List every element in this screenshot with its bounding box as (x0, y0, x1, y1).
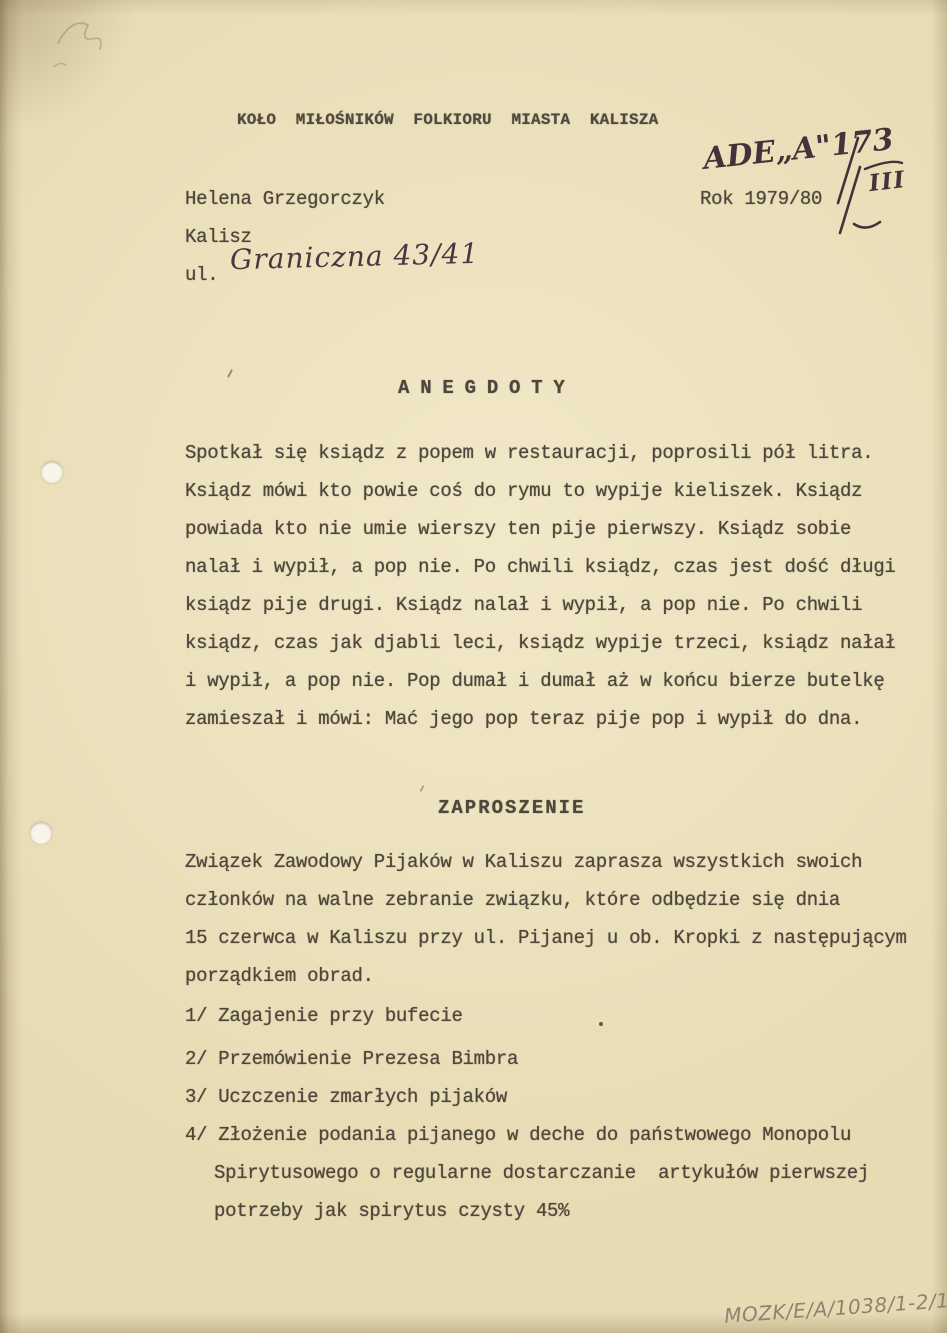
typed-line: ksiądz pije drugi. Ksiądz nalał i wypił,… (185, 586, 862, 624)
agenda-item: 2/ Przemówienie Prezesa Bimbra (185, 1040, 518, 1078)
agenda-item: 4/ Złożenie podania pijanego w deche do … (185, 1116, 851, 1154)
typed-line: powiada kto nie umie wierszy ten pije pi… (185, 510, 851, 548)
stray-mark (227, 369, 233, 378)
punch-hole-bottom (30, 822, 52, 844)
typed-line: ksiądz, czas jak djabli leci, ksiądz wyp… (185, 624, 896, 662)
street-handwritten: Graniczna 43/41 (230, 237, 480, 277)
typed-line: 15 czerwca w Kaliszu przy ul. Pijanej u … (185, 919, 907, 957)
punch-hole-top (41, 461, 63, 483)
agenda-item: 1/ Zagajenie przy bufecie (185, 997, 463, 1035)
author-name: Helena Grzegorczyk (185, 180, 385, 218)
typed-line: członków na walne zebranie związku, któr… (185, 881, 840, 919)
section2-title: ZAPROSZENIE (438, 789, 585, 827)
archive-code-main: ADE„A"173 (702, 122, 896, 177)
typed-line: Spotkał się ksiądz z popem w restauracji… (185, 434, 873, 472)
agenda-item-continuation: Spirytusowego o regularne dostarczanie a… (214, 1154, 869, 1192)
bottom-archive-code: MOZK/E/A/1038/1-2/1 (723, 1288, 947, 1328)
scanned-document-page: KOŁO MIŁOŚNIKÓW FOLKIORU MIASTA KALISZA … (0, 0, 947, 1333)
typed-line: i wypił, a pop nie. Pop dumał i dumał aż… (185, 662, 884, 700)
typed-line: Związek Zawodowy Pijaków w Kaliszu zapra… (185, 843, 862, 881)
agenda-item: 3/ Uczczenie zmarłych pijaków (185, 1078, 507, 1116)
typed-line: nalał i wypił, a pop nie. Po chwili ksią… (185, 548, 896, 586)
org-header: KOŁO MIŁOŚNIKÓW FOLKIORU MIASTA KALISZA (237, 101, 658, 139)
section1-title: A N E G D O T Y (398, 369, 565, 407)
archive-code-suffix: III (867, 166, 907, 197)
pencil-scribble (40, 5, 150, 85)
agenda-item-continuation: potrzeby jak spirytus czysty 45% (214, 1192, 569, 1230)
typed-line: porządkiem obrad. (185, 957, 374, 995)
underline-swash (848, 212, 892, 234)
street-prefix: ul. (185, 256, 218, 294)
typed-line: Ksiądz mówi kto powie coś do rymu to wyp… (185, 472, 862, 510)
year-label: Rok 1979/80 (700, 180, 822, 218)
typed-line: zamieszał i mówi: Mać jego pop teraz pij… (185, 700, 862, 738)
ink-dot (599, 1022, 603, 1026)
stray-mark (419, 785, 424, 792)
